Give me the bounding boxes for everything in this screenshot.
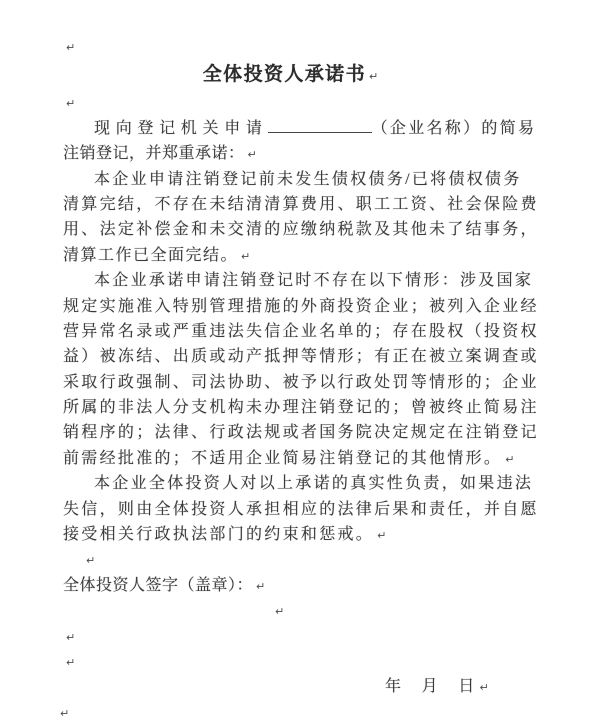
doc-text: 前需经批准的；不适用企业简易注销登记的其他情形。 — [63, 450, 502, 467]
date-line: 年 月 日↵ — [63, 674, 604, 699]
date-label: 年 月 日 — [385, 678, 477, 695]
doc-line: 所属的非法人分支机构未办理注销登记的；曾被终止简易注 — [63, 395, 542, 420]
paragraph-mark-icon: ↵ — [248, 148, 257, 161]
intro-text-after-blank: （企业名称）的简易 — [372, 120, 537, 137]
doc-line: 失信，则由全体投资人承担相应的法律后果和责任，并自愿 — [63, 497, 542, 522]
empty-line: ↵ — [57, 700, 536, 725]
doc-line: 前需经批准的；不适用企业简易注销登记的其他情形。↵ — [63, 446, 542, 471]
doc-line: 清算工作已全面完结。↵ — [63, 243, 542, 268]
doc-title-line: 全体投资人承诺书↵ — [63, 59, 518, 90]
company-name-blank — [268, 116, 372, 133]
doc-line: 清算完结，不存在未结清清算费用、职工工资、社会保险费 — [63, 192, 542, 217]
paragraph-mark-icon: ↵ — [241, 250, 250, 263]
empty-line: ↵ — [63, 34, 542, 59]
paragraph-mark-icon: ↵ — [66, 97, 75, 110]
doc-line: 销程序的；法律、行政法规或者国务院决定规定在注销登记 — [63, 420, 542, 445]
paragraph-mark-icon: ↵ — [66, 631, 75, 644]
empty-line: ↵ — [63, 624, 542, 649]
paragraph-mark-icon: ↵ — [275, 605, 284, 618]
empty-line: ↵ — [63, 649, 542, 674]
doc-line: 益）被冻结、出质或动产抵押等情形；有正在被立案调查或 — [63, 344, 542, 369]
paragraph-mark-icon: ↵ — [66, 656, 75, 669]
doc-line-intro: 现向登记机关申请（企业名称）的简易 — [63, 116, 542, 141]
doc-line: 用、法定补偿金和未交清的应缴纳税款及其他未了结事务， — [63, 217, 542, 242]
paragraph-mark-icon: ↵ — [480, 681, 489, 694]
doc-line-intro-cont: 注销登记，并郑重承诺：↵ — [63, 141, 542, 166]
paragraph-mark-icon: ↵ — [505, 453, 514, 466]
doc-line: 营异常名录或严重违法失信企业名单的；存在股权（投资权 — [63, 319, 542, 344]
doc-line: 本企业承诺申请注销登记时不存在以下情形：涉及国家 — [63, 268, 542, 293]
empty-line: ↵ — [63, 90, 542, 115]
paragraph-mark-icon: ↵ — [369, 70, 378, 83]
doc-line: 接受相关行政执法部门的约束和惩戒。↵ — [63, 522, 542, 547]
paragraph-mark-icon: ↵ — [256, 580, 265, 593]
doc-text: 清算工作已全面完结。 — [63, 247, 238, 264]
intro-text-before-blank: 现向登记机关申请 — [94, 120, 268, 137]
doc-line: 本企业全体投资人对以上承诺的真实性负责，如果违法 — [63, 471, 542, 496]
empty-line: ↵ — [63, 598, 604, 623]
doc-text: 注销登记，并郑重承诺： — [63, 145, 245, 162]
paragraph-mark-icon: ↵ — [86, 554, 95, 567]
paragraph-mark-icon: ↵ — [66, 41, 75, 54]
signature-line: 全体投资人签字（盖章）：↵ — [63, 573, 542, 598]
doc-line: 规定实施准入特别管理措施的外商投资企业；被列入企业经 — [63, 294, 542, 319]
empty-line: ↵ — [63, 547, 562, 572]
paragraph-mark-icon: ↵ — [60, 707, 69, 720]
doc-text: 接受相关行政执法部门的约束和惩戒。 — [63, 526, 374, 543]
doc-line: 本企业申请注销登记前未发生债权债务/已将债权债务 — [63, 167, 542, 192]
signature-label: 全体投资人签字（盖章）： — [63, 577, 253, 594]
document-page: ↵ 全体投资人承诺书↵ ↵ 现向登记机关申请（企业名称）的简易 注销登记，并郑重… — [0, 0, 604, 728]
doc-line: 采取行政强制、司法协助、被予以行政处罚等情形的；企业 — [63, 370, 542, 395]
page-title: 全体投资人承诺书 — [203, 64, 366, 85]
paragraph-mark-icon: ↵ — [377, 529, 386, 542]
